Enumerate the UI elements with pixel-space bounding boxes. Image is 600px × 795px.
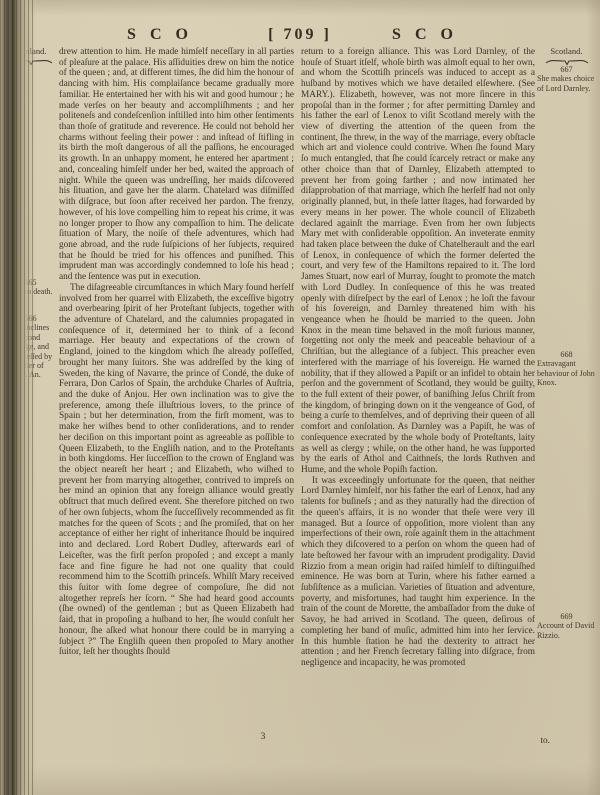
catchword: to. [498, 736, 550, 746]
page-number: [ 709 ] [268, 26, 332, 44]
book-page: S C O [ 709 ] S C O Scotland. 665 Is put… [0, 0, 600, 795]
margin-note-text: She makes choice of Lord Darnley. [537, 74, 596, 93]
signature-mark: 3 [233, 732, 293, 742]
margin-note-667: 667 She makes choice of Lord Darnley. [537, 65, 596, 93]
body-paragraph: drew attention to him. He made himſelf n… [59, 47, 294, 283]
margin-note-number: 669 [537, 612, 596, 621]
margin-note-number: 667 [537, 65, 596, 74]
book-binding-edge [0, 0, 36, 795]
body-paragraph: The diſagreeable circumſtances in which … [59, 283, 294, 658]
margin-note-text: Account of David Rizzio. [537, 621, 596, 640]
right-margin-column: Scotland. 667 She makes choice of Lord D… [537, 47, 596, 795]
margin-note-668: 668 Extravagant behaviour of John Knox. [537, 350, 596, 388]
text-column-left: drew attention to him. He made himſelf n… [59, 47, 294, 749]
margin-note-number: 668 [537, 350, 596, 359]
running-head-left: S C O [127, 26, 193, 44]
body-paragraph: It was exceedingly unfortunate for the q… [301, 476, 535, 669]
body-paragraph: return to a foreign alliance. This was L… [301, 47, 535, 476]
margin-running-title-right: Scotland. [537, 47, 596, 56]
text-column-right: return to a foreign alliance. This was L… [301, 47, 535, 749]
margin-note-669: 669 Account of David Rizzio. [537, 612, 596, 640]
running-head-right: S C O [392, 26, 458, 44]
margin-note-text: Extravagant behaviour of John Knox. [537, 359, 596, 387]
